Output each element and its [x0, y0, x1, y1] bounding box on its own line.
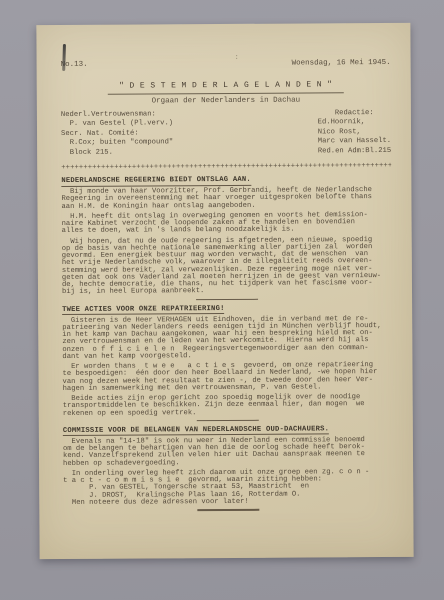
section-divider: [197, 420, 259, 421]
title-underline: [108, 92, 344, 94]
masthead-row: No.13. Woensdag, 16 Mei 1945.: [61, 59, 391, 70]
article-paragraph: Gisteren is de Heer VERHAGEN uit Eindhov…: [62, 316, 392, 362]
masthead-contacts: Nederl.Vertrouwensman: P. van Gestel (Pl…: [61, 109, 391, 158]
scan-background: : No.13. Woensdag, 16 Mei 1945. " D E S …: [0, 0, 444, 600]
newsletter-subtitle: Orgaan der Nederlanders in Dachau: [61, 96, 391, 106]
article-heading-text: TWEE ACTIES VOOR ONZE REPATRIEERING!: [62, 305, 225, 315]
article-heading: COMMISSIE VOOR DE BELANGEN VAN NEDERLAND…: [63, 425, 393, 435]
article-paragraph: H.M. heeft dit ontslag in overweging gen…: [62, 212, 392, 236]
article-paragraph: Wij hopen, dat nu de oude regeering is a…: [62, 237, 392, 297]
contact-block-right: Redactie: Ed.Hoornik, Nico Rost, Marc va…: [318, 109, 392, 156]
article-heading: TWEE ACTIES VOOR ONZE REPATRIEERING!: [62, 304, 392, 314]
plus-divider: ++++++++++++++++++++++++++++++++++++++++…: [61, 162, 391, 172]
article-heading: NEDERLANDSCHE REGEERING BIEDT ONTSLAG AA…: [61, 175, 391, 185]
article-paragraph: Beide acties zijn erop gericht zoo spoed…: [63, 394, 393, 418]
newsletter-page: : No.13. Woensdag, 16 Mei 1945. " D E S …: [36, 23, 413, 559]
article-paragraph: Er worden thans t w e e a c t i e s gevo…: [62, 362, 392, 393]
contact-block-left: Nederl.Vertrouwensman: P. van Gestel (Pl…: [61, 110, 173, 158]
article-repatrieering: TWEE ACTIES VOOR ONZE REPATRIEERING! Gis…: [62, 304, 393, 418]
end-divider: [197, 509, 259, 511]
section-divider: [196, 298, 258, 299]
article-commissie: COMMISSIE VOOR DE BELANGEN VAN NEDERLAND…: [63, 425, 393, 507]
article-paragraph: Bij monde van haar Voorzitter, Prof. Ger…: [61, 187, 391, 211]
article-regeering-ontslag: NEDERLANDSCHE REGEERING BIEDT ONTSLAG AA…: [61, 175, 392, 297]
stray-typed-mark: :: [235, 54, 239, 62]
article-heading-text: NEDERLANDSCHE REGEERING BIEDT ONTSLAG AA…: [61, 176, 251, 187]
article-paragraph: In onderling overleg heeft zich daarom u…: [63, 469, 393, 507]
article-paragraph: Evenals na "14-18" is ook nu weer in Ned…: [63, 437, 393, 468]
newsletter-title: " D E S T E M D E R L A G E L A N D E N …: [61, 80, 391, 91]
article-heading-text: COMMISSIE VOOR DE BELANGEN VAN NEDERLAND…: [63, 425, 329, 436]
issue-date: Woensdag, 16 Mei 1945.: [292, 59, 391, 69]
